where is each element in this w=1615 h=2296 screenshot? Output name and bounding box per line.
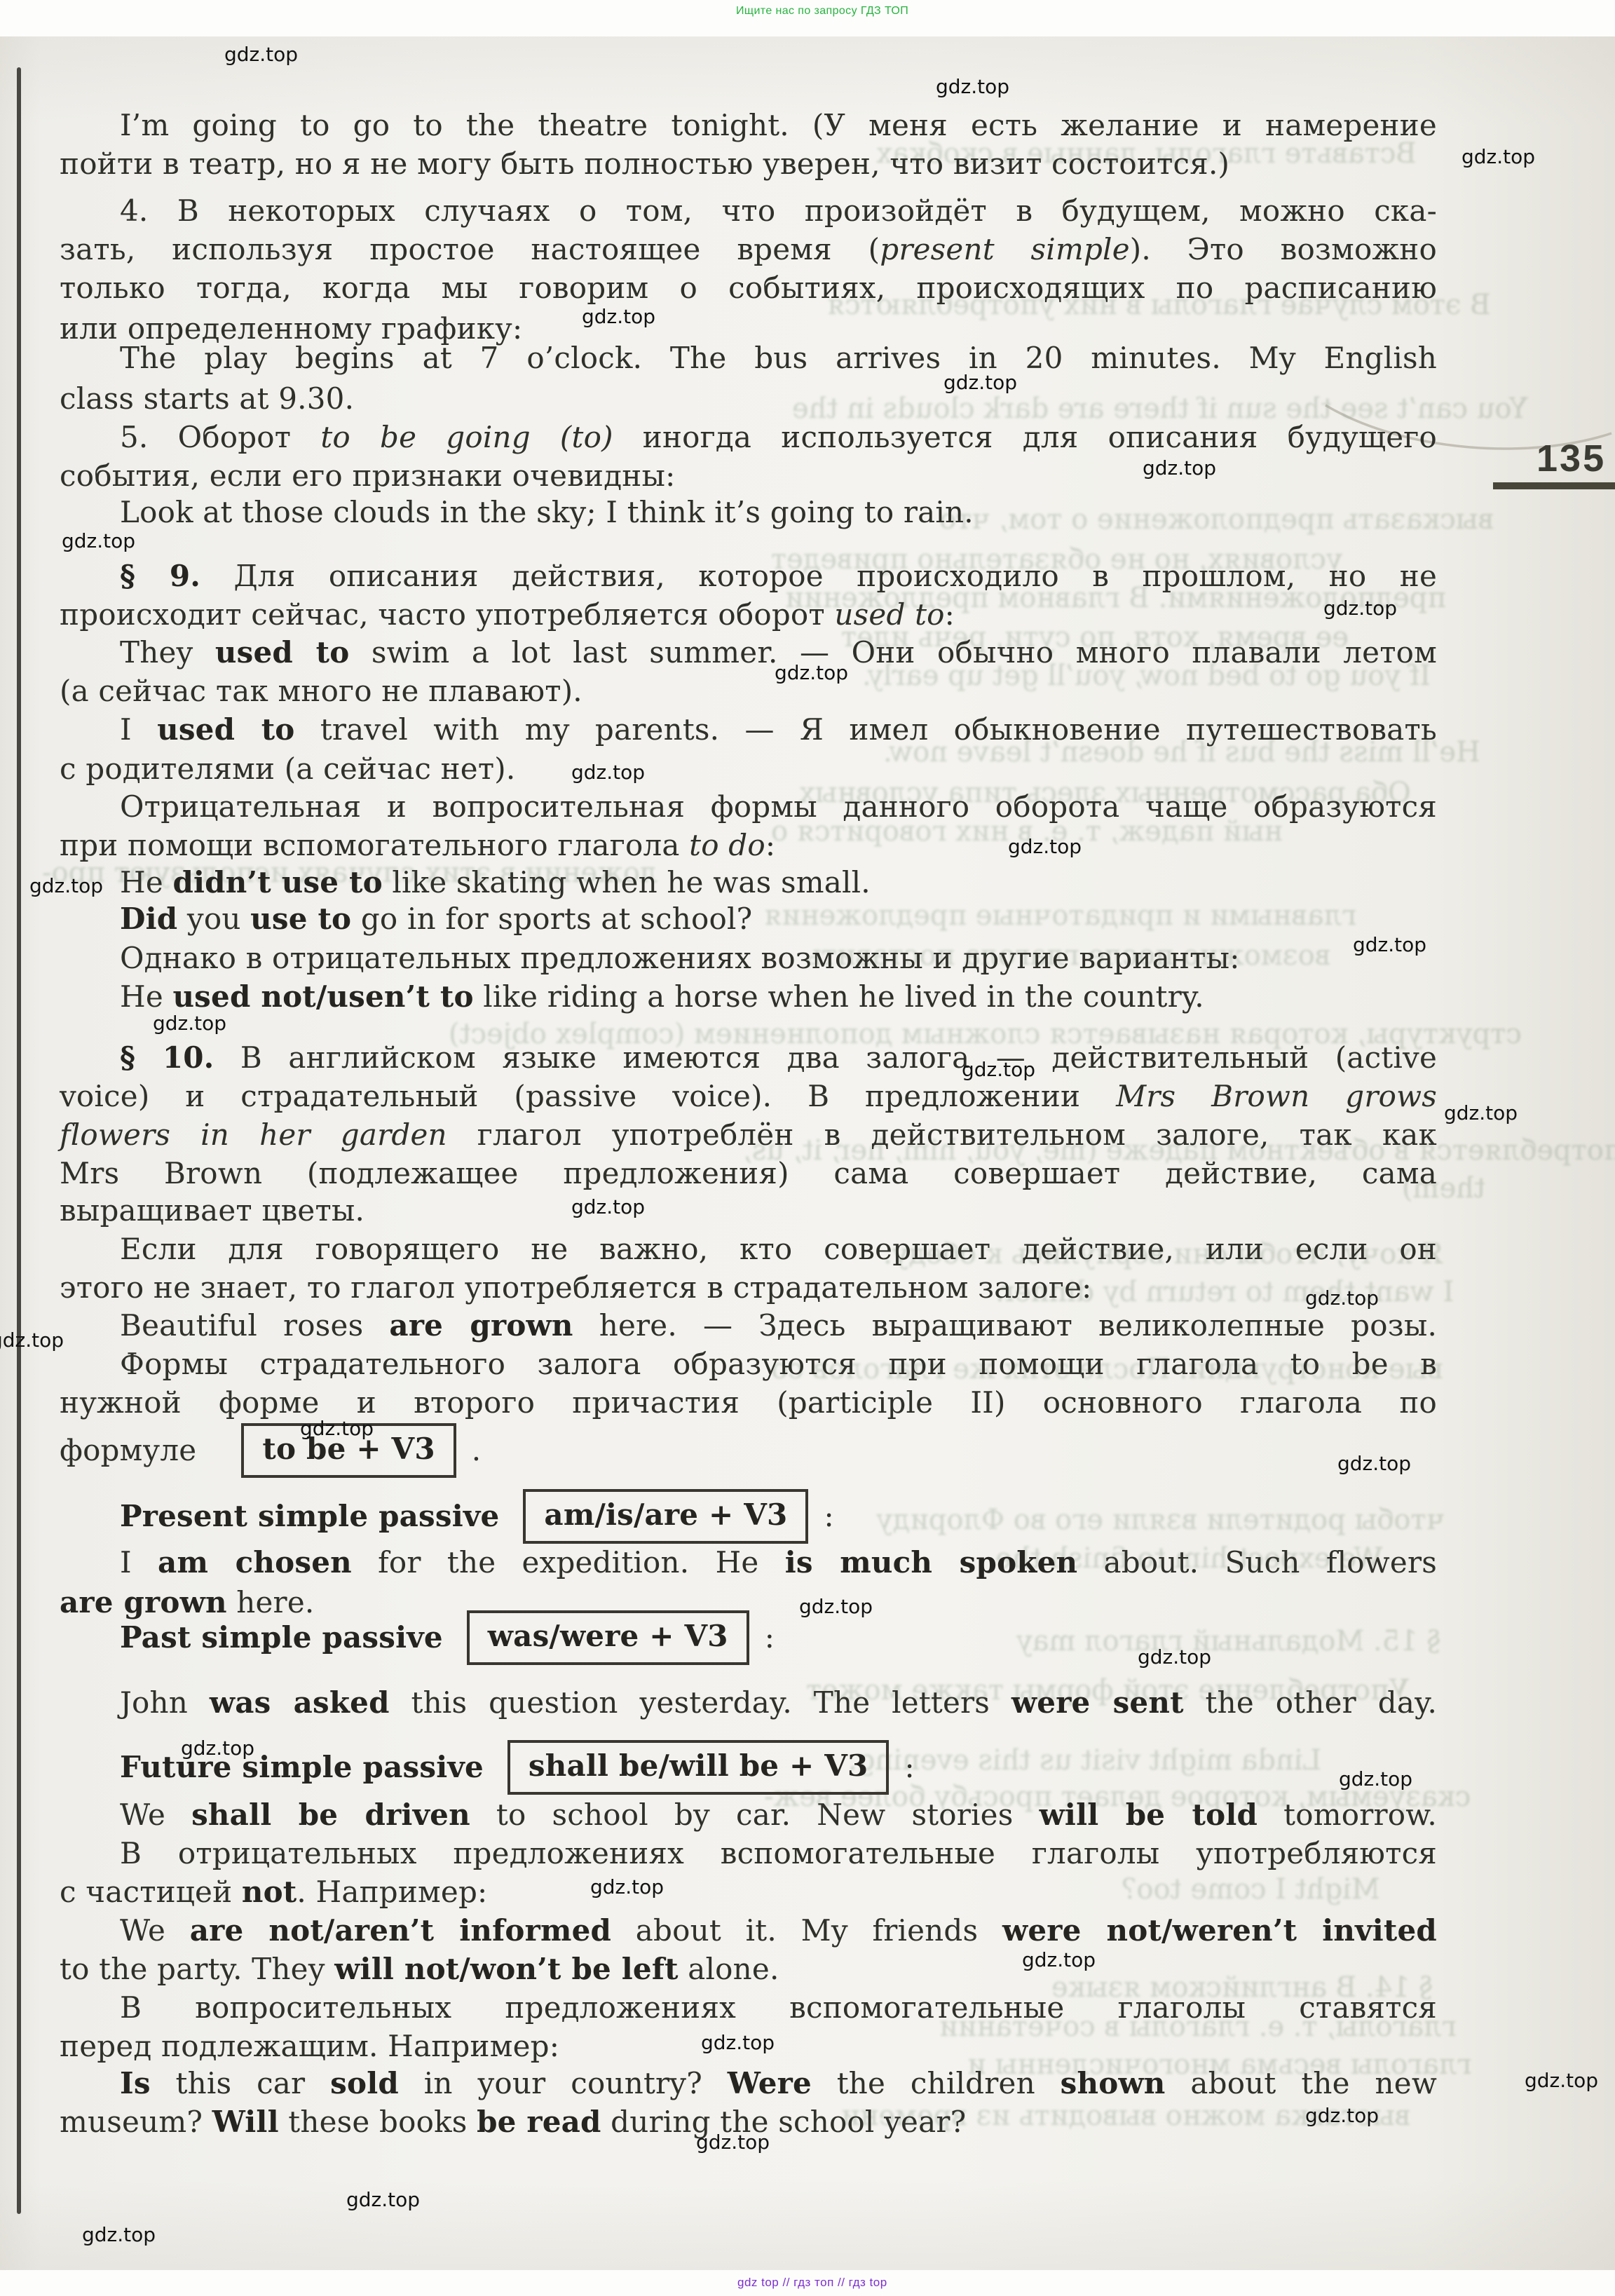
gdz-watermark: gdz.top — [943, 372, 1017, 394]
text-line: I’m going to go to the theatre tonight. … — [60, 108, 1437, 143]
gdz-watermark: gdz.top — [1323, 597, 1397, 620]
text-line: пойти в театр, но я не могу быть полност… — [60, 147, 1437, 182]
formula-punctuation: : — [824, 1499, 833, 1534]
text-line: He used not/usen’t to like riding a hors… — [60, 979, 1437, 1014]
text-line: Did you use to go in for sports at schoo… — [60, 902, 1437, 937]
text-line: Однако в отрицательных предложениях возм… — [60, 941, 1437, 976]
gdz-watermark: gdz.top — [62, 530, 135, 552]
gdz-watermark: gdz.top — [1444, 1102, 1518, 1125]
text-line: The play begins at 7 o’clock. The bus ar… — [60, 341, 1437, 376]
text-line: Is this car sold in your country? Were t… — [60, 2066, 1437, 2101]
page-number: 135 — [1536, 439, 1606, 478]
text-line: Look at those clouds in the sky; I think… — [60, 495, 1437, 530]
gdz-watermark: gdz.top — [1022, 1949, 1096, 1971]
text-line: Отрицательная и вопросительная формы дан… — [60, 789, 1437, 824]
text-line: I used to travel with my parents. — Я им… — [60, 712, 1437, 747]
text-line: В вопросительных предложениях вспомогате… — [60, 1990, 1437, 2025]
gdz-watermark: gdz.top — [0, 1329, 64, 1352]
gdz-watermark: gdz.top — [1339, 1768, 1412, 1791]
scanned-textbook-page: { "page": { "number": "135" }, "header":… — [0, 0, 1615, 2296]
text-line: В отрицательных предложениях вспомогател… — [60, 1836, 1437, 1871]
formula-label: Future simple passive — [120, 1750, 484, 1785]
text-line: Mrs Brown (подлежащее предложения) сама … — [60, 1156, 1437, 1191]
gdz-watermark: gdz.top — [799, 1596, 873, 1618]
gdz-watermark: gdz.top — [582, 306, 655, 328]
text-line: 5. Оборот to be going (to) иногда исполь… — [60, 420, 1437, 455]
formula-box: was/were + V3 — [467, 1610, 749, 1665]
text-line: события, если его признаки очевидны: — [60, 458, 1437, 494]
text-line: We shall be driven to school by car. New… — [60, 1798, 1437, 1833]
text-line: с частицей not. Например: — [60, 1875, 1437, 1910]
gdz-watermark: gdz.top — [1525, 2070, 1598, 2092]
text-line: They used to swim a lot last summer. — О… — [60, 635, 1437, 670]
gdz-watermark: gdz.top — [590, 1876, 664, 1898]
text-line: class starts at 9.30. — [60, 381, 1437, 416]
text-line: I am chosen for the expedition. He is mu… — [60, 1545, 1437, 1580]
gdz-watermark: gdz.top — [1305, 2105, 1379, 2127]
gdz-watermark: gdz.top — [1353, 934, 1426, 956]
footer-watermark: gdz top // гдз топ // гдз top — [737, 2276, 887, 2290]
gdz-watermark: gdz.top — [29, 875, 103, 897]
gdz-watermark: gdz.top — [1138, 1646, 1211, 1669]
formula-label: формуле — [60, 1433, 196, 1468]
gdz-watermark: gdz.top — [1143, 457, 1216, 480]
page-number-rule — [1493, 482, 1615, 489]
formula-box: shall be/will be + V3 — [507, 1740, 890, 1795]
text-line: только тогда, когда мы говорим о события… — [60, 271, 1437, 306]
formula-punctuation: : — [904, 1750, 914, 1785]
text-line: при помощи вспомогательного глагола to d… — [60, 828, 1437, 863]
gdz-watermark: gdz.top — [1461, 146, 1535, 168]
text-line: Beautiful roses are grown here. — Здесь … — [60, 1308, 1437, 1343]
promo-banner: Ищите нас по запросу ГДЗ ТОП — [736, 4, 908, 18]
gdz-watermark: gdz.top — [1337, 1453, 1411, 1475]
formula-punctuation: . — [472, 1433, 482, 1468]
text-line: § 10. В английском языке имеются два зал… — [60, 1040, 1437, 1075]
formula-box: am/is/are + V3 — [523, 1489, 808, 1544]
text-line: Если для говорящего не важно, кто соверш… — [60, 1232, 1437, 1267]
gdz-watermark: gdz.top — [82, 2224, 156, 2246]
text-line: нужной форме и второго причастия (partic… — [60, 1385, 1437, 1420]
gdz-watermark: gdz.top — [181, 1737, 254, 1760]
gdz-watermark: gdz.top — [775, 662, 848, 684]
formula-line: Past simple passivewas/were + V3: — [60, 1610, 1437, 1665]
formula-line: Future simple passiveshall be/will be + … — [60, 1740, 1437, 1795]
gdz-watermark: gdz.top — [936, 76, 1009, 98]
formula-line: формулеto be + V3. — [60, 1423, 1437, 1478]
gdz-watermark: gdz.top — [1305, 1287, 1379, 1310]
gdz-watermark: gdz.top — [571, 1196, 645, 1218]
scan-edge-line — [17, 67, 21, 2214]
text-line: выращивает цветы. — [60, 1193, 1437, 1228]
text-line: с родителями (а сейчас нет). — [60, 752, 1437, 787]
text-line: He didn’t use to like skating when he wa… — [60, 865, 1437, 900]
gdz-watermark: gdz.top — [224, 43, 298, 66]
text-line: to the party. They will not/won’t be lef… — [60, 1952, 1437, 1987]
formula-label: Past simple passive — [120, 1620, 443, 1655]
formula-punctuation: : — [765, 1620, 775, 1655]
text-line: John was asked this question yesterday. … — [60, 1685, 1437, 1720]
formula-label: Present simple passive — [120, 1499, 499, 1534]
gdz-watermark: gdz.top — [962, 1059, 1035, 1081]
gdz-watermark: gdz.top — [701, 2032, 775, 2054]
gdz-watermark: gdz.top — [1008, 836, 1082, 858]
text-line: Формы страдательного залога образуются п… — [60, 1347, 1437, 1382]
text-line: We are not/aren’t informed about it. My … — [60, 1913, 1437, 1948]
formula-line: Present simple passiveam/is/are + V3: — [60, 1489, 1437, 1544]
text-line: зать, используя простое настоящее время … — [60, 232, 1437, 267]
gdz-watermark: gdz.top — [571, 761, 645, 784]
text-line: § 9. Для описания действия, которое прои… — [60, 559, 1437, 594]
text-line: 4. В некоторых случаях о том, что произо… — [60, 193, 1437, 229]
gdz-watermark: gdz.top — [696, 2131, 770, 2154]
text-line: flowers in her garden глагол употреблён … — [60, 1118, 1437, 1153]
text-line: (а сейчас так много не плавают). — [60, 674, 1437, 709]
gdz-watermark: gdz.top — [346, 2189, 420, 2211]
text-line: voice) и страдательный (passive voice). … — [60, 1079, 1437, 1114]
text-line: этого не знает, то глагол употребляется … — [60, 1270, 1437, 1305]
gdz-watermark: gdz.top — [300, 1418, 374, 1440]
gdz-watermark: gdz.top — [153, 1012, 226, 1035]
text-line: происходит сейчас, часто употребляется о… — [60, 597, 1437, 632]
